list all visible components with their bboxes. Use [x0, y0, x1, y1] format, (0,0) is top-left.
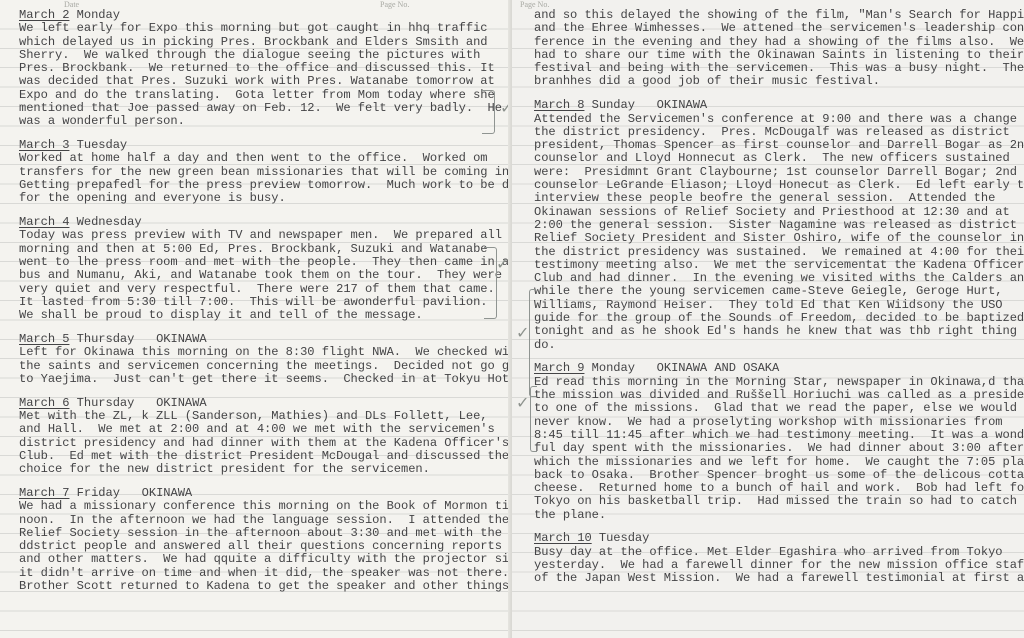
right-page-text: and so this delayed the showing of the f… [534, 9, 1024, 596]
left-journal-page: Date Page No. March 2 MondayWe left earl… [0, 0, 512, 638]
entry-text-line: yesterday. We had a farewell dinner for … [534, 559, 1024, 572]
entry-text-line: for the opening and everyone is busy. [19, 192, 512, 205]
entry-text-line: testimony meeting also. We met the servi… [534, 259, 1024, 272]
entry-date: March 3 [19, 138, 69, 152]
entry-text-line: interview these people beofre the genera… [534, 192, 1024, 205]
entry-text-line: to Yaejima. Just can't get there it seem… [19, 373, 512, 386]
entry-text-line: Okinawan sessions of Relief Society and … [534, 206, 1024, 219]
entry-text-line: it didn't arrive on time and when it did… [19, 567, 512, 580]
continued-entry: and so this delayed the showing of the f… [534, 9, 1024, 89]
entry-text-line: Getting prepafedl for the press preview … [19, 179, 512, 192]
entry-text-line: Pres. Brockbank. We returned to the offi… [19, 62, 512, 75]
entry-location: OKINAWA [156, 396, 206, 410]
margin-bracket [482, 90, 495, 134]
entry-text-line: Attended the Servicemen's conference at … [534, 113, 1024, 126]
entry-date: March 10 [534, 531, 592, 545]
entry-text-line: festival and being with the servicemen. … [534, 62, 1024, 75]
entry-text-line: to one of the missions. Glad that we rea… [534, 402, 1024, 415]
entry-text-line: back to Osaka. Brother Spencer broght us… [534, 469, 1024, 482]
entry-date: March 2 [19, 8, 69, 22]
entry-text-line: We left early for Expo this morning but … [19, 22, 512, 35]
entry-heading: March 7 FridayOKINAWA [19, 487, 512, 500]
entry-text-line: Tokyo on his basketball trip. Had missed… [534, 495, 1024, 508]
entry-date: March 4 [19, 215, 69, 229]
entry-text-line: which delayed us in picking Pres. Brockb… [19, 36, 512, 49]
entry-date: March 5 [19, 332, 69, 346]
journal-entry: March 8 SundayOKINAWAAttended the Servic… [534, 99, 1024, 352]
entry-text-line: Expo and do the translating. Gota letter… [19, 89, 512, 102]
entry-location: OKINAWA [657, 98, 707, 112]
margin-bracket [529, 289, 536, 397]
entry-text-line: and so this delayed the showing of the f… [534, 9, 1024, 22]
entry-text-line: Club and had dinner. In the evening we v… [534, 272, 1024, 285]
entry-text-line: Relief Society President and Sister Oshi… [534, 232, 1024, 245]
entry-text-line: Today was press preview with TV and news… [19, 229, 512, 242]
journal-entry: March 2 MondayWe left early for Expo thi… [19, 9, 512, 129]
entry-text-line: Sherry. We walked through the dialogue s… [19, 49, 512, 62]
entry-text-line: noon. In the afternoon we had the langua… [19, 514, 512, 527]
entry-text-line: the saints and servicemen concerning the… [19, 360, 512, 373]
entry-text-line: and Hall. We met at 2:00 and at 4:00 we … [19, 423, 512, 436]
entry-heading: March 10 Tuesday [534, 532, 1024, 545]
entry-text-line: 8:45 till 11:45 after which we had testi… [534, 429, 1024, 442]
entry-text-line: and other matters. We had qquite a diffi… [19, 553, 512, 566]
entry-text-line: Brother Scott returned to Kadena to get … [19, 580, 512, 593]
entry-text-line: the mission was divided and Ruššell Hori… [534, 389, 1024, 402]
entry-text-line: ddstrict people and answered all their q… [19, 540, 512, 553]
entry-text-line: Ed read this morning in the Morning Star… [534, 376, 1024, 389]
entry-text-line: choice for the new district president fo… [19, 463, 512, 476]
entry-text-line: branhhes did a good job of their music f… [534, 75, 1024, 88]
entry-text-line: was a wonderful person. [19, 115, 512, 128]
entry-text-line: went to lhe press room and met with the … [19, 256, 512, 269]
entry-location: OKINAWA [156, 332, 206, 346]
entry-heading: March 5 ThursdayOKINAWA [19, 333, 512, 346]
entry-location: OKINAWA [142, 486, 192, 500]
entry-text-line: morning and then at 5:00 Ed, Pres. Brock… [19, 243, 512, 256]
entry-text-line: the plane. [534, 509, 1024, 522]
entry-text-line: Busy day at the office. Met Elder Egashi… [534, 546, 1024, 559]
entry-text-line: 2:00 the general session. Sister Nagamin… [534, 219, 1024, 232]
entry-text-line: which the missionaries and we left for h… [534, 456, 1024, 469]
entry-text-line: It lasted from 5:30 till 7:00. This will… [19, 296, 512, 309]
entry-text-line: Worked at home half a day and then went … [19, 152, 512, 165]
entry-text-line: cheese. Returned home to a bunch of hail… [534, 482, 1024, 495]
entry-text-line: were: Presidmnt Grant Claybourne; 1st co… [534, 166, 1024, 179]
entry-text-line: do. [534, 339, 1024, 352]
entry-text-line: was decided that Pres. Suzuki work with … [19, 75, 512, 88]
entry-day: Tuesday [592, 531, 650, 545]
check-mark-icon: ✓ [516, 325, 529, 341]
entry-heading: March 9 MondayOKINAWA AND OSAKA [534, 362, 1024, 375]
left-page-text: March 2 MondayWe left early for Expo thi… [19, 9, 512, 604]
entry-date: March 6 [19, 396, 69, 410]
entry-text-line: counselor LeGrande Eliason; Lloyd Honecu… [534, 179, 1024, 192]
entry-text-line: president, Thomas Spencer as first couns… [534, 139, 1024, 152]
entry-location: OKINAWA AND OSAKA [657, 361, 780, 375]
entry-day: Sunday [584, 98, 634, 112]
check-mark-icon: ✓ [516, 395, 529, 411]
entry-text-line: We shall be proud to display it and tell… [19, 309, 512, 322]
entry-day: Monday [69, 8, 119, 22]
entry-heading: March 6 ThursdayOKINAWA [19, 397, 512, 410]
entry-text-line: Club. Ed met with the district President… [19, 450, 512, 463]
entry-text-line: counselor and Lloyd Honnecut as Clerk. T… [534, 152, 1024, 165]
journal-entry: March 6 ThursdayOKINAWAMet with the ZL, … [19, 397, 512, 477]
entry-text-line: transfers for the new green bean mission… [19, 166, 512, 179]
entry-text-line: mentioned that Joe passed away on Feb. 1… [19, 102, 512, 115]
entry-heading: March 8 SundayOKINAWA [534, 99, 1024, 112]
entry-text-line: very quiet and very respectful. There we… [19, 283, 512, 296]
entry-date: March 9 [534, 361, 584, 375]
entry-heading: March 2 Monday [19, 9, 512, 22]
entry-text-line: ference in the evening and they had a sh… [534, 36, 1024, 49]
journal-entry: March 3 TuesdayWorked at home half a day… [19, 139, 512, 205]
journal-entry: March 5 ThursdayOKINAWALeft for Okinawa … [19, 333, 512, 386]
entry-text-line: We had a missionary conference this morn… [19, 500, 512, 513]
journal-entry: March 4 WednesdayToday was press preview… [19, 216, 512, 322]
entry-heading: March 4 Wednesday [19, 216, 512, 229]
entry-text-line: never know. We had a proselyting worksho… [534, 416, 1024, 429]
entry-text-line: Met with the ZL, k ZLL (Sanderson, Mathi… [19, 410, 512, 423]
entry-text-line: district presidency and had dinner with … [19, 437, 512, 450]
right-journal-page: Page No. and so this delayed the showing… [512, 0, 1024, 638]
entry-text-line: while there the young servicemen came-St… [534, 285, 1024, 298]
entry-text-line: and the Ehree Wimhesses. We attened the … [534, 22, 1024, 35]
entry-text-line: of the Japan West Mission. We had a fare… [534, 572, 1024, 585]
journal-entry: March 7 FridayOKINAWAWe had a missionary… [19, 487, 512, 593]
entry-day: Tuesday [69, 138, 127, 152]
entry-text-line: had to share our time with the Okinawan … [534, 49, 1024, 62]
entry-text-line: Relief Society session in the afternoon … [19, 527, 512, 540]
entry-text-line: Williams, Raymond Heiser. They told Ed t… [534, 299, 1024, 312]
entry-text-line: bus and Numanu, Aki, and Watanabe took t… [19, 269, 512, 282]
entry-day: Thursday [69, 396, 134, 410]
entry-day: Friday [69, 486, 119, 500]
entry-text-line: ful day spent with the missionaries. We … [534, 442, 1024, 455]
entry-day: Thursday [69, 332, 134, 346]
journal-entry: March 10 TuesdayBusy day at the office. … [534, 532, 1024, 585]
entry-day: Monday [584, 361, 634, 375]
entry-text-line: the district presidency was sustained. W… [534, 246, 1024, 259]
entry-date: March 8 [534, 98, 584, 112]
entry-heading: March 3 Tuesday [19, 139, 512, 152]
entry-text-line: tonight and as he shook Ed's hands he kn… [534, 325, 1024, 338]
margin-bracket [530, 386, 537, 452]
entry-day: Wednesday [69, 215, 141, 229]
page-number-label: Page No. [380, 0, 409, 9]
entry-text-line: Left for Okinawa this morning on the 8:3… [19, 346, 512, 359]
journal-entry: March 9 MondayOKINAWA AND OSAKAEd read t… [534, 362, 1024, 522]
entry-text-line: the district presidency. Pres. McDougalf… [534, 126, 1024, 139]
entry-text-line: guide for the group of the Sounds of Fre… [534, 312, 1024, 325]
entry-date: March 7 [19, 486, 69, 500]
